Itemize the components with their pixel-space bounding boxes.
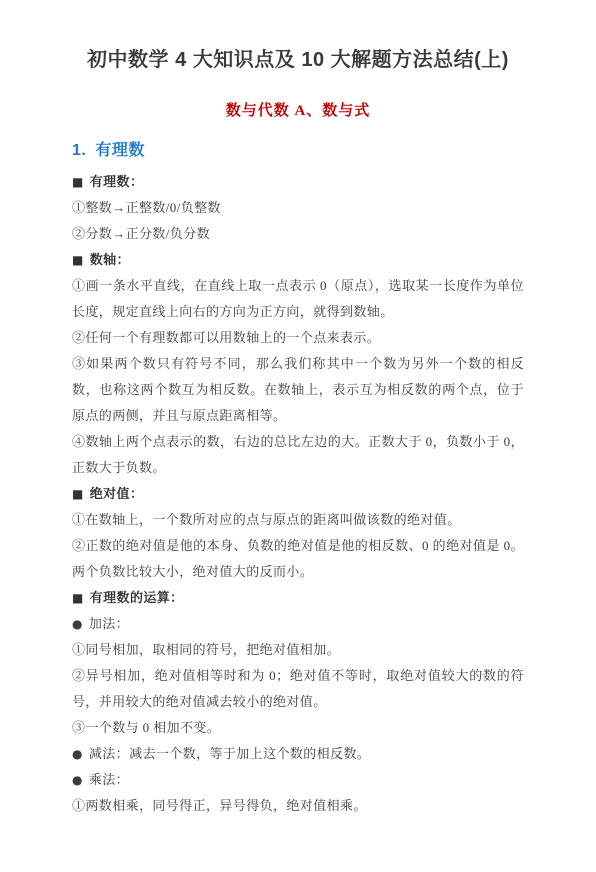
paragraph: ■有理数的运算： <box>72 585 524 611</box>
paragraph-text: 绝对值： <box>90 486 144 501</box>
page-subtitle: 数与代数 A、数与式 <box>72 101 524 121</box>
circle-bullet-icon: ● <box>72 617 83 631</box>
paragraph: ①画一条水平直线，在直线上取一点表示 0（原点），选取某一长度作为单位长度，规定… <box>72 273 524 325</box>
paragraph-text: ④数轴上两个点表示的数，右边的总比左边的大。正数大于 0，负数小于 0，正数大于… <box>72 434 524 475</box>
paragraph-text: ①同号相加，取相同的符号，把绝对值相加。 <box>72 642 340 657</box>
paragraph-text: ①画一条水平直线，在直线上取一点表示 0（原点），选取某一长度作为单位长度，规定… <box>72 278 524 319</box>
square-bullet-icon: ■ <box>72 487 84 501</box>
paragraph: ●乘法： <box>72 767 524 793</box>
paragraph: ■数轴： <box>72 247 524 273</box>
paragraph: ②分数→正分数/负分数 <box>72 221 524 247</box>
paragraph-text: ②任何一个有理数都可以用数轴上的一个点来表示。 <box>72 330 380 345</box>
paragraph: ③如果两个数只有符号不同，那么我们称其中一个数为另外一个数的相反数，也称这两个数… <box>72 351 524 429</box>
circle-bullet-icon: ● <box>72 773 83 787</box>
document-body: ■有理数：①整数→正整数/0/负整数②分数→正分数/负分数■数轴：①画一条水平直… <box>72 169 524 819</box>
paragraph: ●加法： <box>72 611 524 637</box>
paragraph: ①两数相乘，同号得正，异号得负，绝对值相乘。 <box>72 793 524 819</box>
square-bullet-icon: ■ <box>72 591 84 605</box>
paragraph-text: 数轴： <box>90 252 130 267</box>
section-number: 1. <box>72 142 86 159</box>
paragraph-text: 有理数的运算： <box>90 590 184 605</box>
paragraph: ①同号相加，取相同的符号，把绝对值相加。 <box>72 637 524 663</box>
circle-bullet-icon: ● <box>72 747 83 761</box>
paragraph-text: ②分数→正分数/负分数 <box>72 226 210 241</box>
paragraph: ●减法：减去一个数，等于加上这个数的相反数。 <box>72 741 524 767</box>
paragraph-text: 减法：减去一个数，等于加上这个数的相反数。 <box>89 746 370 761</box>
paragraph-text: ③如果两个数只有符号不同，那么我们称其中一个数为另外一个数的相反数，也称这两个数… <box>72 356 524 423</box>
section-label: 有理数 <box>95 142 145 159</box>
paragraph: ①整数→正整数/0/负整数 <box>72 195 524 221</box>
page-title: 初中数学 4 大知识点及 10 大解题方法总结(上) <box>72 46 524 74</box>
paragraph-text: ③一个数与 0 相加不变。 <box>72 720 220 735</box>
section-heading: 1.有理数 <box>72 140 524 162</box>
paragraph: ■有理数： <box>72 169 524 195</box>
paragraph: ②异号相加，绝对值相等时和为 0；绝对值不等时，取绝对值较大的数的符号，并用较大… <box>72 663 524 715</box>
square-bullet-icon: ■ <box>72 253 84 267</box>
paragraph: ②正数的绝对值是他的本身、负数的绝对值是他的相反数、0 的绝对值是 0。两个负数… <box>72 533 524 585</box>
square-bullet-icon: ■ <box>72 175 84 189</box>
document-page: 初中数学 4 大知识点及 10 大解题方法总结(上) 数与代数 A、数与式 1.… <box>0 0 596 872</box>
paragraph: ③一个数与 0 相加不变。 <box>72 715 524 741</box>
paragraph: ④数轴上两个点表示的数，右边的总比左边的大。正数大于 0，负数小于 0，正数大于… <box>72 429 524 481</box>
paragraph-text: ②异号相加，绝对值相等时和为 0；绝对值不等时，取绝对值较大的数的符号，并用较大… <box>72 668 524 709</box>
paragraph: ①在数轴上，一个数所对应的点与原点的距离叫做该数的绝对值。 <box>72 507 524 533</box>
paragraph-text: ①在数轴上，一个数所对应的点与原点的距离叫做该数的绝对值。 <box>72 512 461 527</box>
paragraph: ②任何一个有理数都可以用数轴上的一个点来表示。 <box>72 325 524 351</box>
paragraph-text: 乘法： <box>89 772 129 787</box>
paragraph-text: ②正数的绝对值是他的本身、负数的绝对值是他的相反数、0 的绝对值是 0。两个负数… <box>72 538 524 579</box>
paragraph: ■绝对值： <box>72 481 524 507</box>
paragraph-text: 有理数： <box>90 174 144 189</box>
paragraph-text: 加法： <box>89 616 129 631</box>
paragraph-text: ①整数→正整数/0/负整数 <box>72 200 221 215</box>
paragraph-text: ①两数相乘，同号得正，异号得负，绝对值相乘。 <box>72 798 367 813</box>
